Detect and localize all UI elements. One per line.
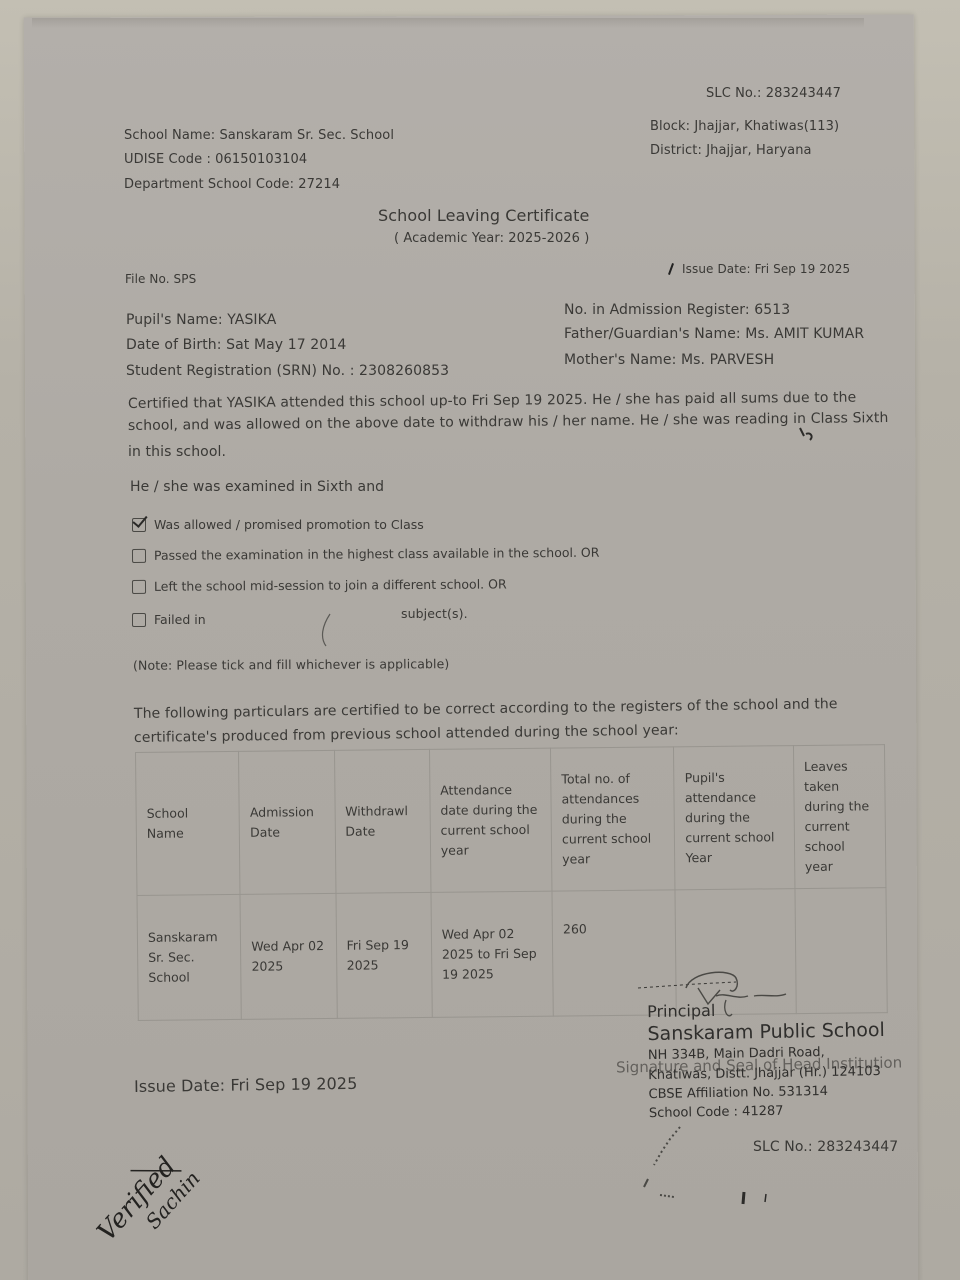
stamp-address-1: NH 334B, Main Dadri Road,: [648, 1043, 886, 1065]
block: Block: Jhajjar, Khatiwas(113): [650, 119, 839, 134]
academic-year: ( Academic Year: 2025-2026 ): [394, 231, 589, 246]
ink-stroke-icon: [318, 612, 338, 652]
date-of-birth: Date of Birth: Sat May 17 2014: [126, 337, 346, 353]
option-label: Failed in: [154, 612, 206, 627]
ink-mark-icon: [738, 1188, 778, 1208]
school-name: School Name: Sanskaram Sr. Sec. School: [124, 128, 394, 143]
option-label: Was allowed / promised promotion to Clas…: [154, 517, 424, 532]
checkbox[interactable]: [132, 613, 146, 627]
cell-withdrawl-date: Fri Sep 19 2025: [336, 892, 433, 1018]
header-withdrawl-date: Withdrawl Date: [334, 749, 431, 893]
cell-school-name: Sanskaram Sr. Sec. School: [137, 894, 242, 1020]
mother-name: Mother's Name: Ms. PARVESH: [564, 352, 774, 368]
option-label: Passed the examination in the highest cl…: [154, 545, 600, 563]
issue-date-top: Issue Date: Fri Sep 19 2025: [670, 262, 850, 276]
slc-number-bottom: SLC No.: 283243447: [753, 1139, 898, 1155]
issue-date-top-text: Issue Date: Fri Sep 19 2025: [682, 262, 850, 276]
paper-edge: [32, 18, 864, 28]
header-admission-date: Admission Date: [239, 750, 336, 894]
note: (Note: Please tick and fill whichever is…: [133, 656, 449, 673]
option-left-mid-session[interactable]: Left the school mid-session to join a di…: [132, 576, 507, 594]
header-school-name: School Name: [136, 751, 241, 895]
header-total-attendances: Total no. of attendances during the curr…: [551, 747, 676, 891]
ink-smudge-icon: [640, 1125, 700, 1205]
cell-leaves-taken: [795, 888, 888, 1014]
cell-attendance-dates: Wed Apr 02 2025 to Fri Sep 19 2025: [431, 891, 554, 1017]
table-header-row: School Name Admission Date Withdrawl Dat…: [136, 745, 886, 896]
examined-statement: He / she was examined in Sixth and: [130, 479, 384, 495]
ink-scribble-icon: [796, 424, 820, 444]
slc-number-top: SLC No.: 283243447: [706, 86, 841, 101]
file-number: File No. SPS: [125, 272, 196, 286]
checkbox[interactable]: [132, 548, 146, 562]
admission-register-number: No. in Admission Register: 6513: [564, 302, 790, 318]
issue-date-bottom: Issue Date: Fri Sep 19 2025: [134, 1074, 358, 1096]
cell-admission-date: Wed Apr 02 2025: [240, 893, 337, 1019]
option-failed[interactable]: Failed in: [132, 612, 206, 627]
certificate-title: School Leaving Certificate: [378, 206, 590, 225]
srn-number: Student Registration (SRN) No. : 2308260…: [126, 363, 449, 379]
department-school-code: Department School Code: 27214: [124, 177, 340, 192]
header-attendance-dates: Attendance date during the current schoo…: [429, 748, 552, 892]
verified-handwriting-icon: Verified Sachin: [70, 1130, 210, 1240]
certification-line-3: in this school.: [128, 444, 226, 460]
failed-subjects-suffix: subject(s).: [401, 606, 468, 621]
header-pupil-attendance: Pupil's attendance during the current sc…: [674, 746, 795, 890]
father-guardian-name: Father/Guardian's Name: Ms. AMIT KUMAR: [564, 326, 864, 342]
principal-signature-icon: [636, 966, 806, 1026]
option-promotion[interactable]: Was allowed / promised promotion to Clas…: [132, 517, 424, 532]
district: District: Jhajjar, Haryana: [650, 143, 812, 158]
checkbox-checked[interactable]: [132, 518, 146, 532]
udise-code: UDISE Code : 06150103104: [124, 152, 307, 167]
header-leaves-taken: Leaves taken during the current school y…: [793, 745, 886, 889]
pupil-name: Pupil's Name: YASIKA: [126, 312, 276, 328]
option-label: Left the school mid-session to join a di…: [154, 576, 507, 593]
checkbox[interactable]: [132, 579, 146, 593]
